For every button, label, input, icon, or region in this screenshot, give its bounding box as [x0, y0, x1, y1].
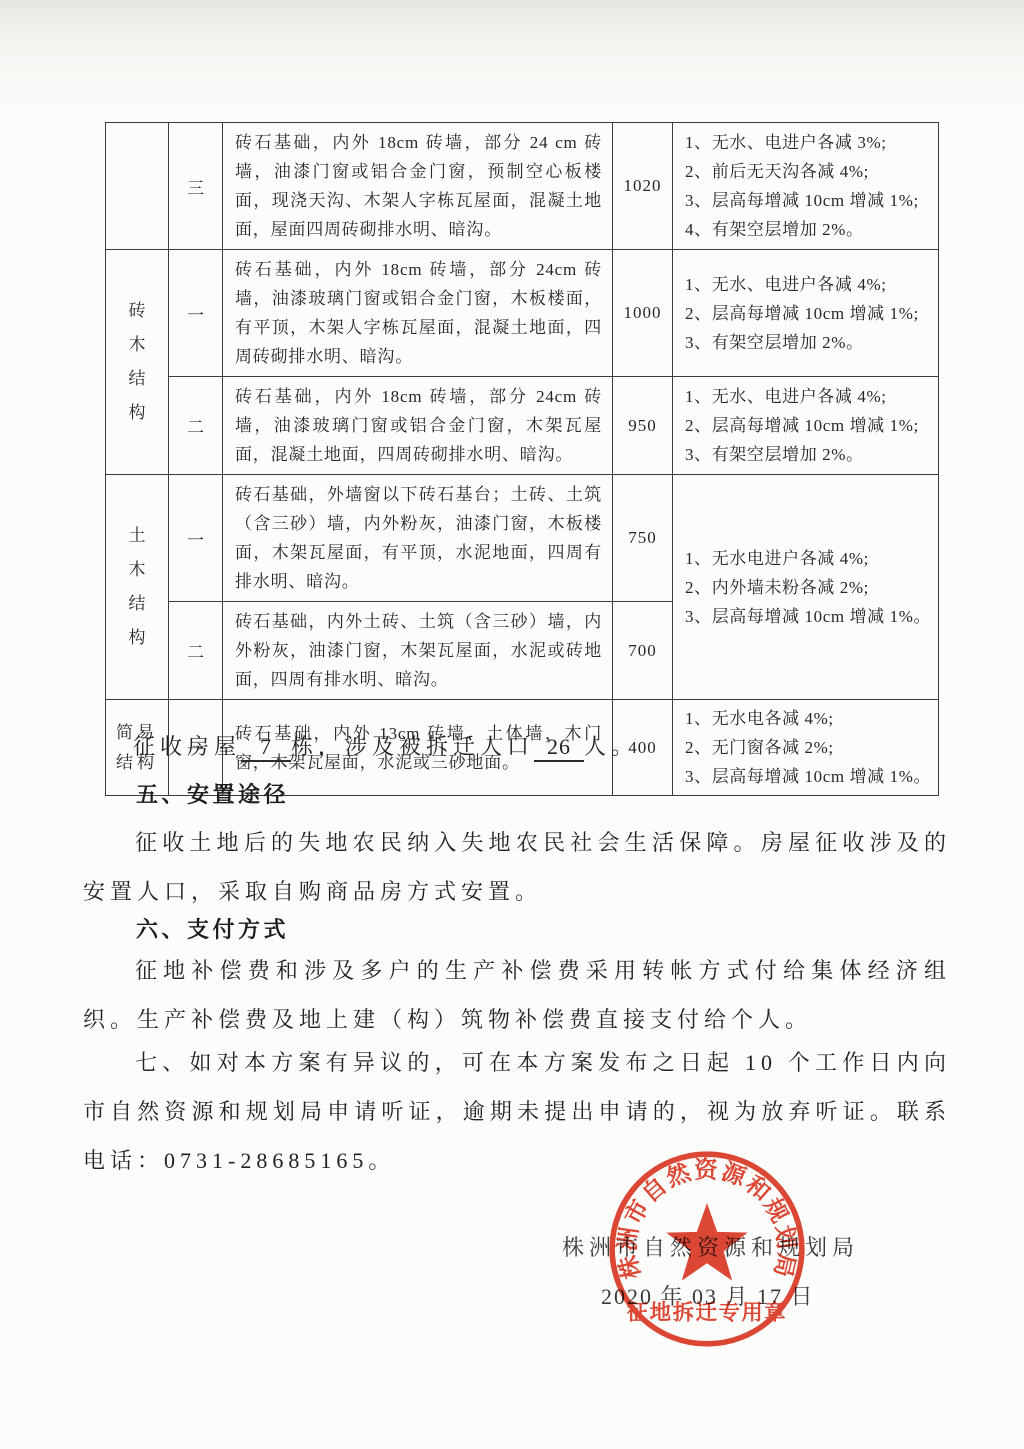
- compensation-table: 三 砖石基础，内外 18cm 砖墙，部分 24 cm 砖墙，油漆门窗或铝合金门窗…: [105, 122, 939, 796]
- note-line: 3、层高每增减 10cm 增减 1%。: [685, 762, 932, 791]
- notes-cell: 1、无水电各减 4%; 2、无门窗各减 2%; 3、层高每增减 10cm 增减 …: [673, 700, 939, 796]
- note-line: 2、无门窗各减 2%;: [685, 733, 932, 762]
- note-line: 2、前后无天沟各减 4%;: [685, 157, 932, 186]
- note-line: 3、层高每增减 10cm 增减 1%;: [685, 186, 932, 215]
- price-cell: 700: [613, 602, 673, 700]
- seal-bottom-text: 征地拆迁专用章: [627, 1299, 788, 1324]
- table-row: 三 砖石基础，内外 18cm 砖墙，部分 24 cm 砖墙，油漆门窗或铝合金门窗…: [106, 123, 939, 250]
- paragraph-resettlement: 征收土地后的失地农民纳入失地农民社会生活保障。房屋征收涉及的安置人口，采取自购商…: [83, 818, 951, 916]
- price-cell: 950: [613, 377, 673, 475]
- houses-count-underlined: 7: [241, 734, 291, 762]
- section-heading-resettlement: 五、安置途径: [136, 778, 289, 809]
- grade-cell: 二: [169, 377, 223, 475]
- note-line: 1、无水电各减 4%;: [685, 704, 932, 733]
- grade-cell: 三: [169, 123, 223, 250]
- houses-summary-line: 征收房屋7栋，涉及被拆迁人口26人。: [133, 730, 638, 762]
- table-row: 砖 木 结 构 一 砖石基础，内外 18cm 砖墙，部分 24cm 砖墙，油漆玻…: [106, 250, 939, 377]
- scan-shading: [0, 0, 1024, 120]
- note-line: 2、层高每增减 10cm 增减 1%;: [685, 411, 932, 440]
- grade-cell: 一: [169, 250, 223, 377]
- houses-prefix: 征收房屋: [133, 734, 241, 759]
- price-cell: 1020: [613, 123, 673, 250]
- notes-cell: 1、无水、电进户各减 4%; 2、层高每增减 10cm 增减 1%; 3、有架空…: [673, 250, 939, 377]
- grade-cell: 一: [169, 475, 223, 602]
- category-cell-empty: [106, 123, 169, 250]
- note-line: 2、层高每增减 10cm 增减 1%;: [685, 299, 932, 328]
- note-line: 2、内外墙未粉各减 2%;: [685, 573, 932, 602]
- description-cell: 砖石基础，内外 18cm 砖墙，部分 24cm 砖墙，油漆玻璃门窗或铝合金门窗，…: [223, 377, 613, 475]
- notes-cell: 1、无水、电进户各减 4%; 2、层高每增减 10cm 增减 1%; 3、有架空…: [673, 377, 939, 475]
- note-line: 3、层高每增减 10cm 增减 1%。: [685, 602, 932, 631]
- notes-cell-merged: 1、无水电进户各减 4%; 2、内外墙未粉各减 2%; 3、层高每增减 10cm…: [673, 475, 939, 700]
- description-cell: 砖石基础，内外 18cm 砖墙，部分 24 cm 砖墙，油漆门窗或铝合金门窗，预…: [223, 123, 613, 250]
- seal-star-icon: [666, 1203, 747, 1281]
- houses-mid: 栋，涉及被拆迁人口: [291, 734, 534, 759]
- note-line: 3、有架空层增加 2%。: [685, 328, 932, 357]
- category-cell-earth-wood: 土 木 结 构: [106, 475, 169, 700]
- price-cell: 750: [613, 475, 673, 602]
- note-line: 1、无水、电进户各减 4%;: [685, 270, 932, 299]
- section-heading-payment: 六、支付方式: [136, 913, 289, 944]
- note-line: 1、无水、电进户各减 4%;: [685, 382, 932, 411]
- note-line: 1、无水电进户各减 4%;: [685, 544, 932, 573]
- paragraph-payment: 征地补偿费和涉及多户的生产补偿费采用转帐方式付给集体经济组织。生产补偿费及地上建…: [83, 946, 951, 1044]
- population-count-underlined: 26: [534, 734, 584, 762]
- table-row: 土 木 结 构 一 砖石基础，外墙窗以下砖石基台；土砖、土筑（含三砂）墙，内外粉…: [106, 475, 939, 602]
- table-row: 二 砖石基础，内外 18cm 砖墙，部分 24cm 砖墙，油漆玻璃门窗或铝合金门…: [106, 377, 939, 475]
- description-cell: 砖石基础，外墙窗以下砖石基台；土砖、土筑（含三砂）墙，内外粉灰，油漆门窗，木板楼…: [223, 475, 613, 602]
- grade-cell: 二: [169, 602, 223, 700]
- note-line: 3、有架空层增加 2%。: [685, 440, 932, 469]
- official-seal: 株洲市自然资源和规划局 征地拆迁专用章: [605, 1147, 809, 1351]
- note-line: 1、无水、电进户各减 3%;: [685, 128, 932, 157]
- document-page: 三 砖石基础，内外 18cm 砖墙，部分 24 cm 砖墙，油漆门窗或铝合金门窗…: [0, 0, 1024, 1449]
- note-line: 4、有架空层增加 2%。: [685, 215, 932, 244]
- description-cell: 砖石基础，内外土砖、土筑（含三砂）墙，内外粉灰，油漆门窗，木架瓦屋面，水泥或砖地…: [223, 602, 613, 700]
- notes-cell: 1、无水、电进户各减 3%; 2、前后无天沟各减 4%; 3、层高每增减 10c…: [673, 123, 939, 250]
- description-cell: 砖石基础，内外 18cm 砖墙，部分 24cm 砖墙，油漆玻璃门窗或铝合金门窗，…: [223, 250, 613, 377]
- houses-suffix: 人。: [584, 734, 638, 759]
- paragraph-objection: 七、如对本方案有异议的，可在本方案发布之日起 10 个工作日内向市自然资源和规划…: [83, 1038, 951, 1185]
- category-cell-brick-wood: 砖 木 结 构: [106, 250, 169, 475]
- price-cell: 1000: [613, 250, 673, 377]
